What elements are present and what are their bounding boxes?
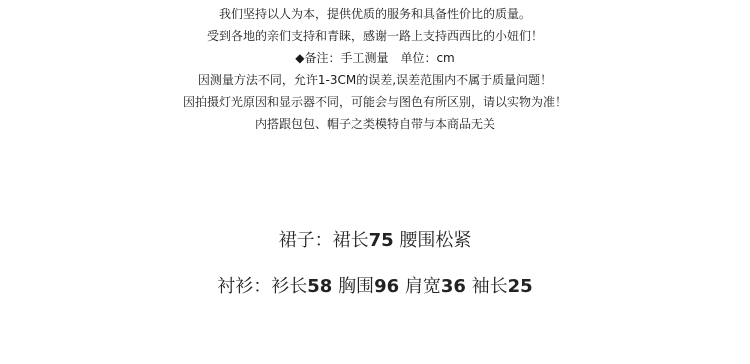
shirt-length-value: 58: [307, 276, 332, 297]
notice-line-accessories: 内搭跟包包、帽子之类模特自带与本商品无关: [0, 113, 750, 135]
shirt-length-name: 衫长: [271, 276, 307, 297]
notice-line-measure-unit: ◆备注：手工测量 单位：cm: [0, 47, 750, 69]
shirt-shoulder-name: 肩宽: [405, 276, 441, 297]
shirt-size-row: 衬衫：衫长58 胸围96 肩宽36 袖长25: [0, 272, 750, 298]
shirt-sleeve-name: 袖长: [472, 276, 508, 297]
shirt-shoulder-value: 36: [441, 276, 466, 297]
skirt-length-name: 裙长: [333, 230, 369, 251]
notice-line-thanks: 受到各地的亲们支持和青睐，感谢一路上支持西西比的小妞们！: [0, 25, 750, 47]
product-notice: 我们坚持以人为本，提供优质的服务和具备性价比的质量。 受到各地的亲们支持和青睐，…: [0, 3, 750, 135]
notice-line-tolerance: 因测量方法不同，允许1-3CM的误差,误差范围内不属于质量问题！: [0, 69, 750, 91]
skirt-size-row: 裙子：裙长75 腰围松紧: [0, 226, 750, 252]
skirt-waist-name: 腰围松紧: [399, 230, 471, 251]
shirt-chest-value: 96: [374, 276, 399, 297]
shirt-sleeve-value: 25: [508, 276, 533, 297]
notice-line-service: 我们坚持以人为本，提供优质的服务和具备性价比的质量。: [0, 3, 750, 25]
skirt-length-value: 75: [369, 230, 394, 251]
shirt-chest-name: 胸围: [338, 276, 374, 297]
skirt-label: 裙子：: [279, 230, 333, 251]
shirt-label: 衬衫：: [217, 276, 271, 297]
notice-line-color-diff: 因拍摄灯光原因和显示器不同，可能会与图色有所区别，请以实物为准！: [0, 91, 750, 113]
